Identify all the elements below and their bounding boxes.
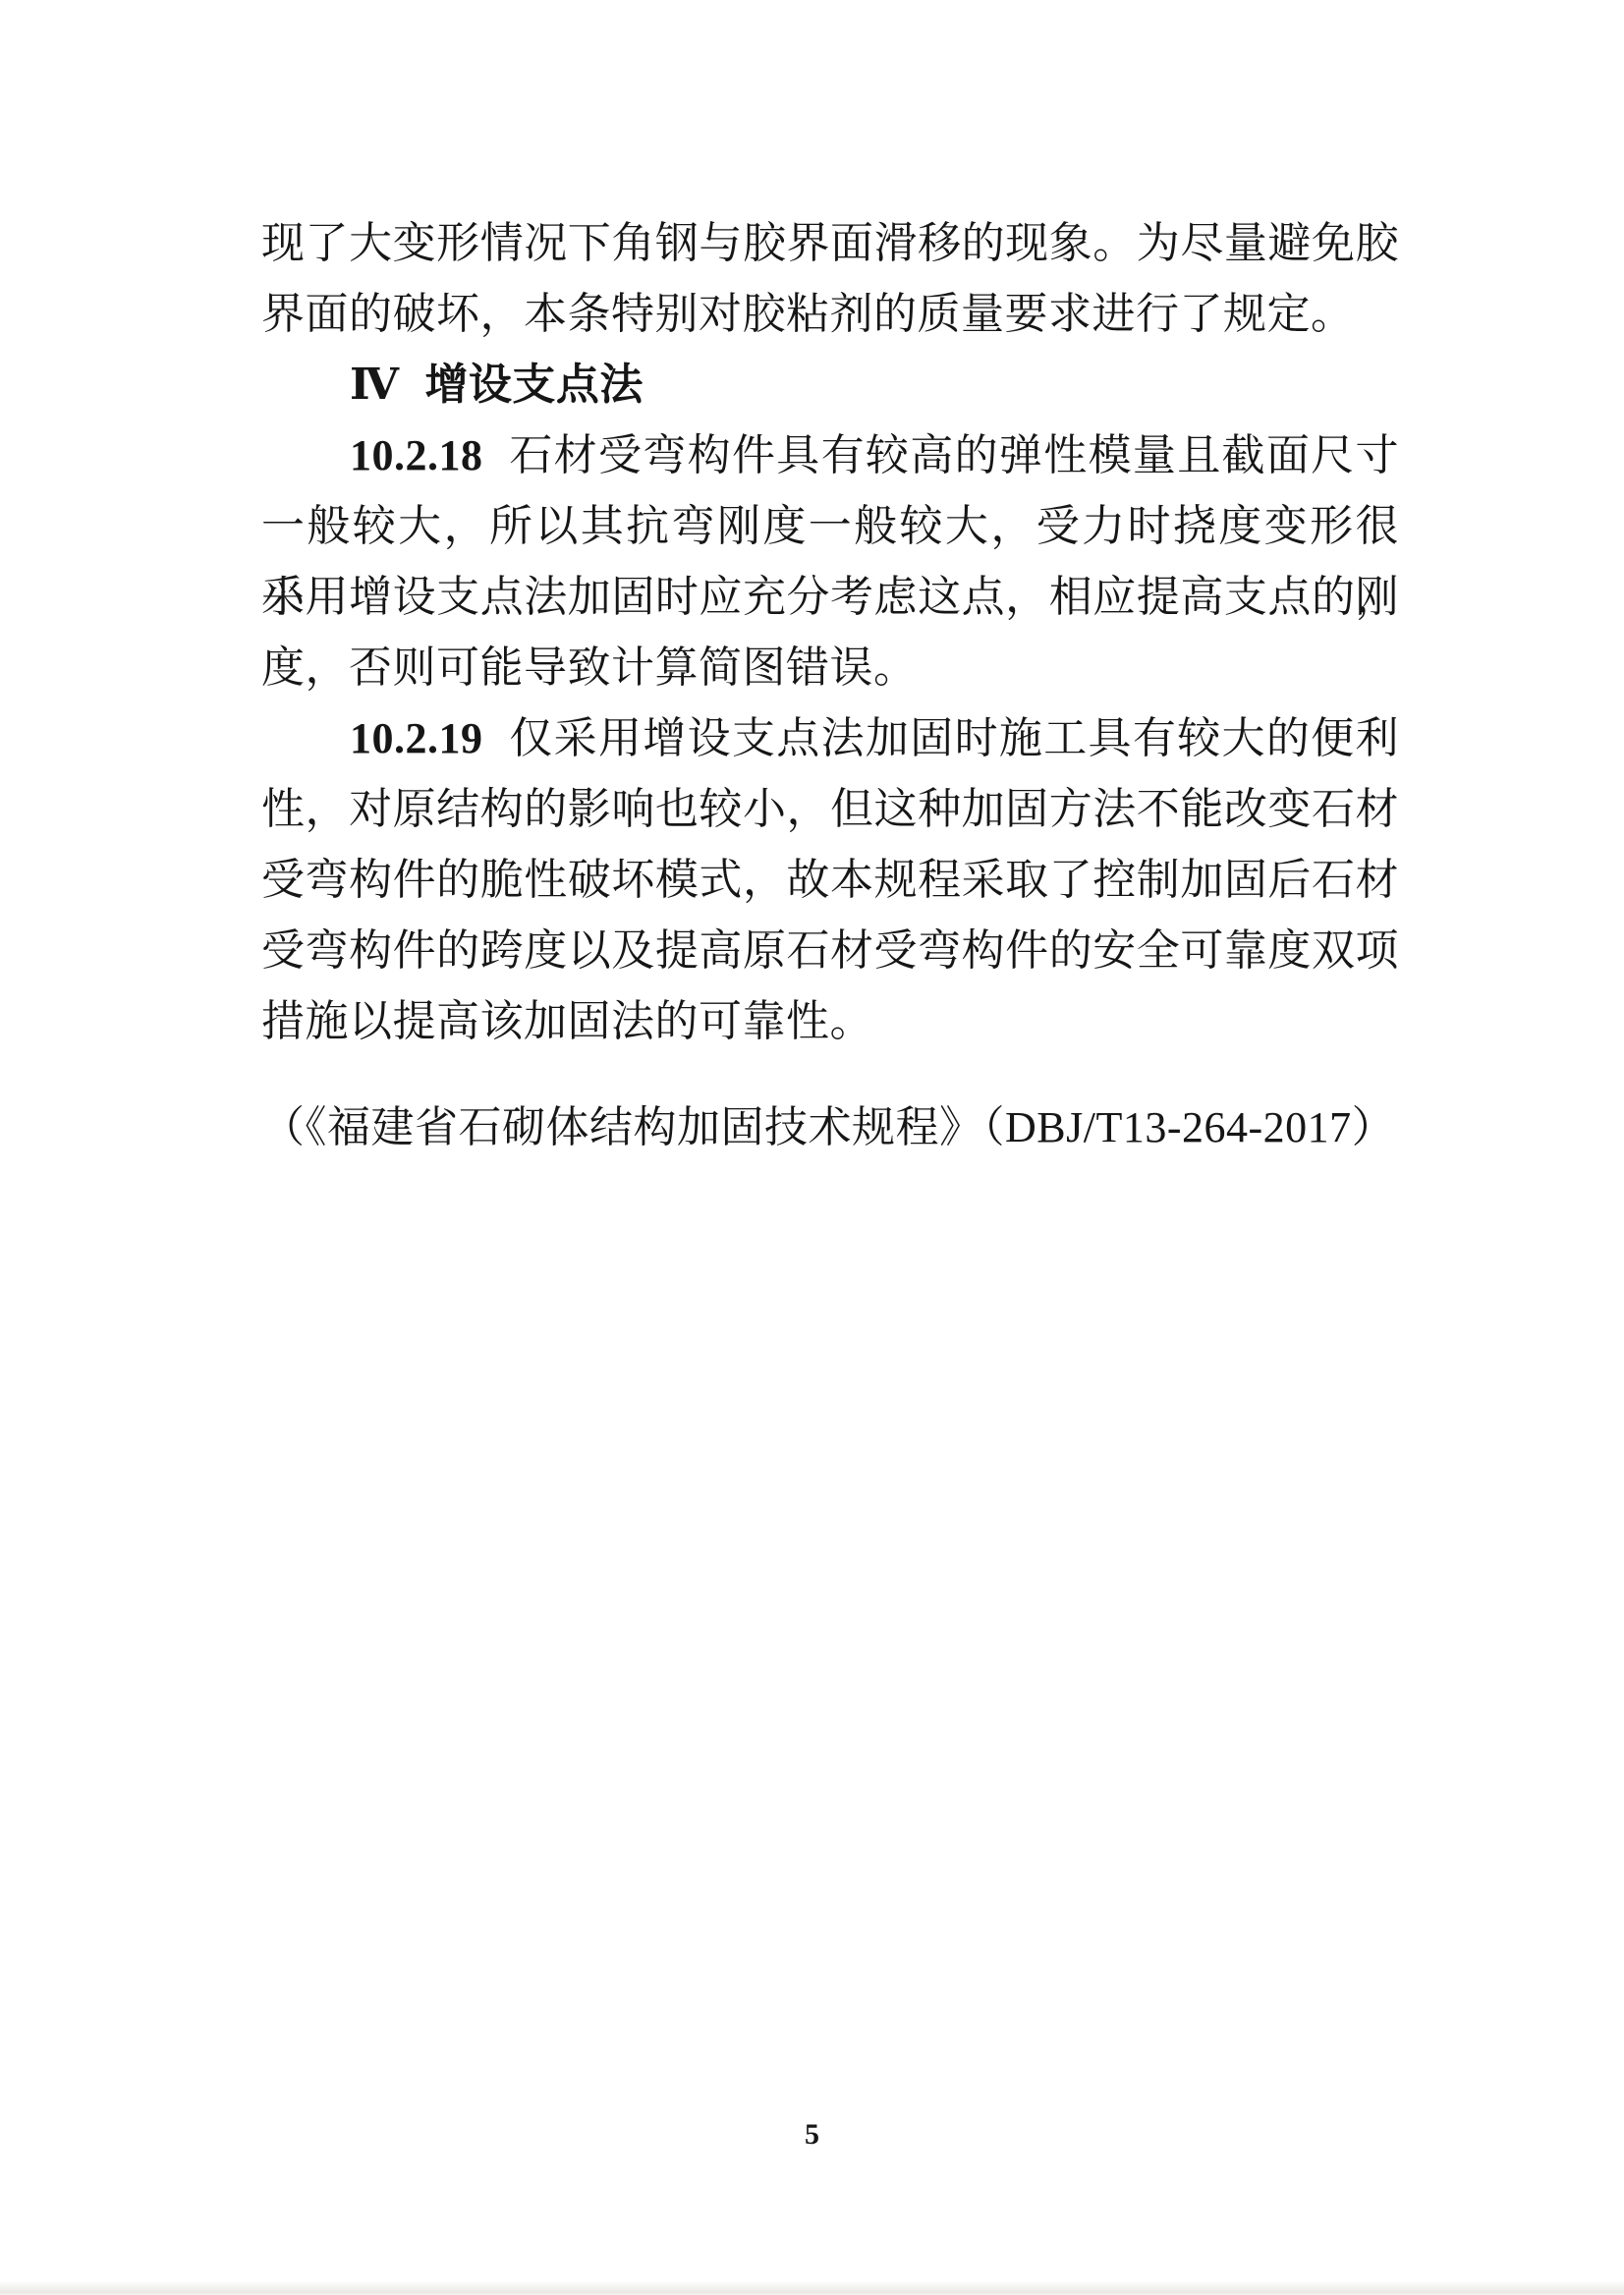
text-line: 10.2.18石材受弯构件具有较高的弹性模量且截面尺寸 xyxy=(261,420,1399,491)
page-number: 5 xyxy=(0,2118,1624,2152)
text-line: 受弯构件的脆性破坏模式，故本规程采取了控制加固后石材 xyxy=(261,845,1399,916)
line-text: 界面的破坏，本条特别对胶粘剂的质量要求进行了规定。 xyxy=(261,290,1355,338)
text-line: 采用增设支点法加固时应充分考虑这点，相应提高支点的刚 xyxy=(261,562,1399,633)
clause-number: 10.2.19 xyxy=(350,714,483,762)
text-line: 受弯构件的跨度以及提高原石材受弯构件的安全可靠度双项 xyxy=(261,916,1399,986)
line-text: 度，否则可能导致计算简图错误。 xyxy=(261,644,918,692)
text-line: 度，否则可能导致计算简图错误。 xyxy=(261,633,1399,703)
text-line: 10.2.19仅采用增设支点法加固时施工具有较大的便利 xyxy=(261,703,1399,774)
body-text-block: 现了大变形情况下角钢与胶界面滑移的现象。为尽量避免胶 界面的破坏，本条特别对胶粘… xyxy=(261,208,1399,1057)
text-line: 措施以提高该加固法的可靠性。 xyxy=(261,986,1399,1057)
heading-text: 增设支点法 xyxy=(424,361,644,409)
line-text: 采用增设支点法加固时应充分考虑这点，相应提高支点的刚 xyxy=(261,573,1399,621)
document-page: 现了大变形情况下角钢与胶界面滑移的现象。为尽量避免胶 界面的破坏，本条特别对胶粘… xyxy=(0,0,1624,2295)
text-line: 现了大变形情况下角钢与胶界面滑移的现象。为尽量避免胶 xyxy=(261,208,1399,279)
text-line: 一般较大，所以其抗弯刚度一般较大，受力时挠度变形很小， xyxy=(261,491,1399,562)
section-heading: Ⅳ增设支点法 xyxy=(261,350,1399,420)
line-text: 措施以提高该加固法的可靠性。 xyxy=(261,997,873,1045)
line-text: 仅采用增设支点法加固时施工具有较大的便利 xyxy=(509,714,1400,762)
line-text: 性，对原结构的影响也较小，但这种加固方法不能改变石材 xyxy=(261,785,1399,833)
citation-line: （《福建省石砌体结构加固技术规程》（DBJ/T13-264-2017） xyxy=(261,1092,1395,1163)
line-text: 石材受弯构件具有较高的弹性模量且截面尺寸 xyxy=(509,431,1400,479)
text-line: 界面的破坏，本条特别对胶粘剂的质量要求进行了规定。 xyxy=(261,279,1399,350)
text-line: 性，对原结构的影响也较小，但这种加固方法不能改变石材 xyxy=(261,774,1399,845)
line-text: 现了大变形情况下角钢与胶界面滑移的现象。为尽量避免胶 xyxy=(261,219,1399,267)
scan-edge-artifact xyxy=(0,2281,1624,2295)
clause-number: 10.2.18 xyxy=(350,431,483,479)
line-text: 受弯构件的脆性破坏模式，故本规程采取了控制加固后石材 xyxy=(261,856,1399,904)
section-numeral: Ⅳ xyxy=(350,361,399,409)
line-text: 受弯构件的跨度以及提高原石材受弯构件的安全可靠度双项 xyxy=(261,926,1399,975)
